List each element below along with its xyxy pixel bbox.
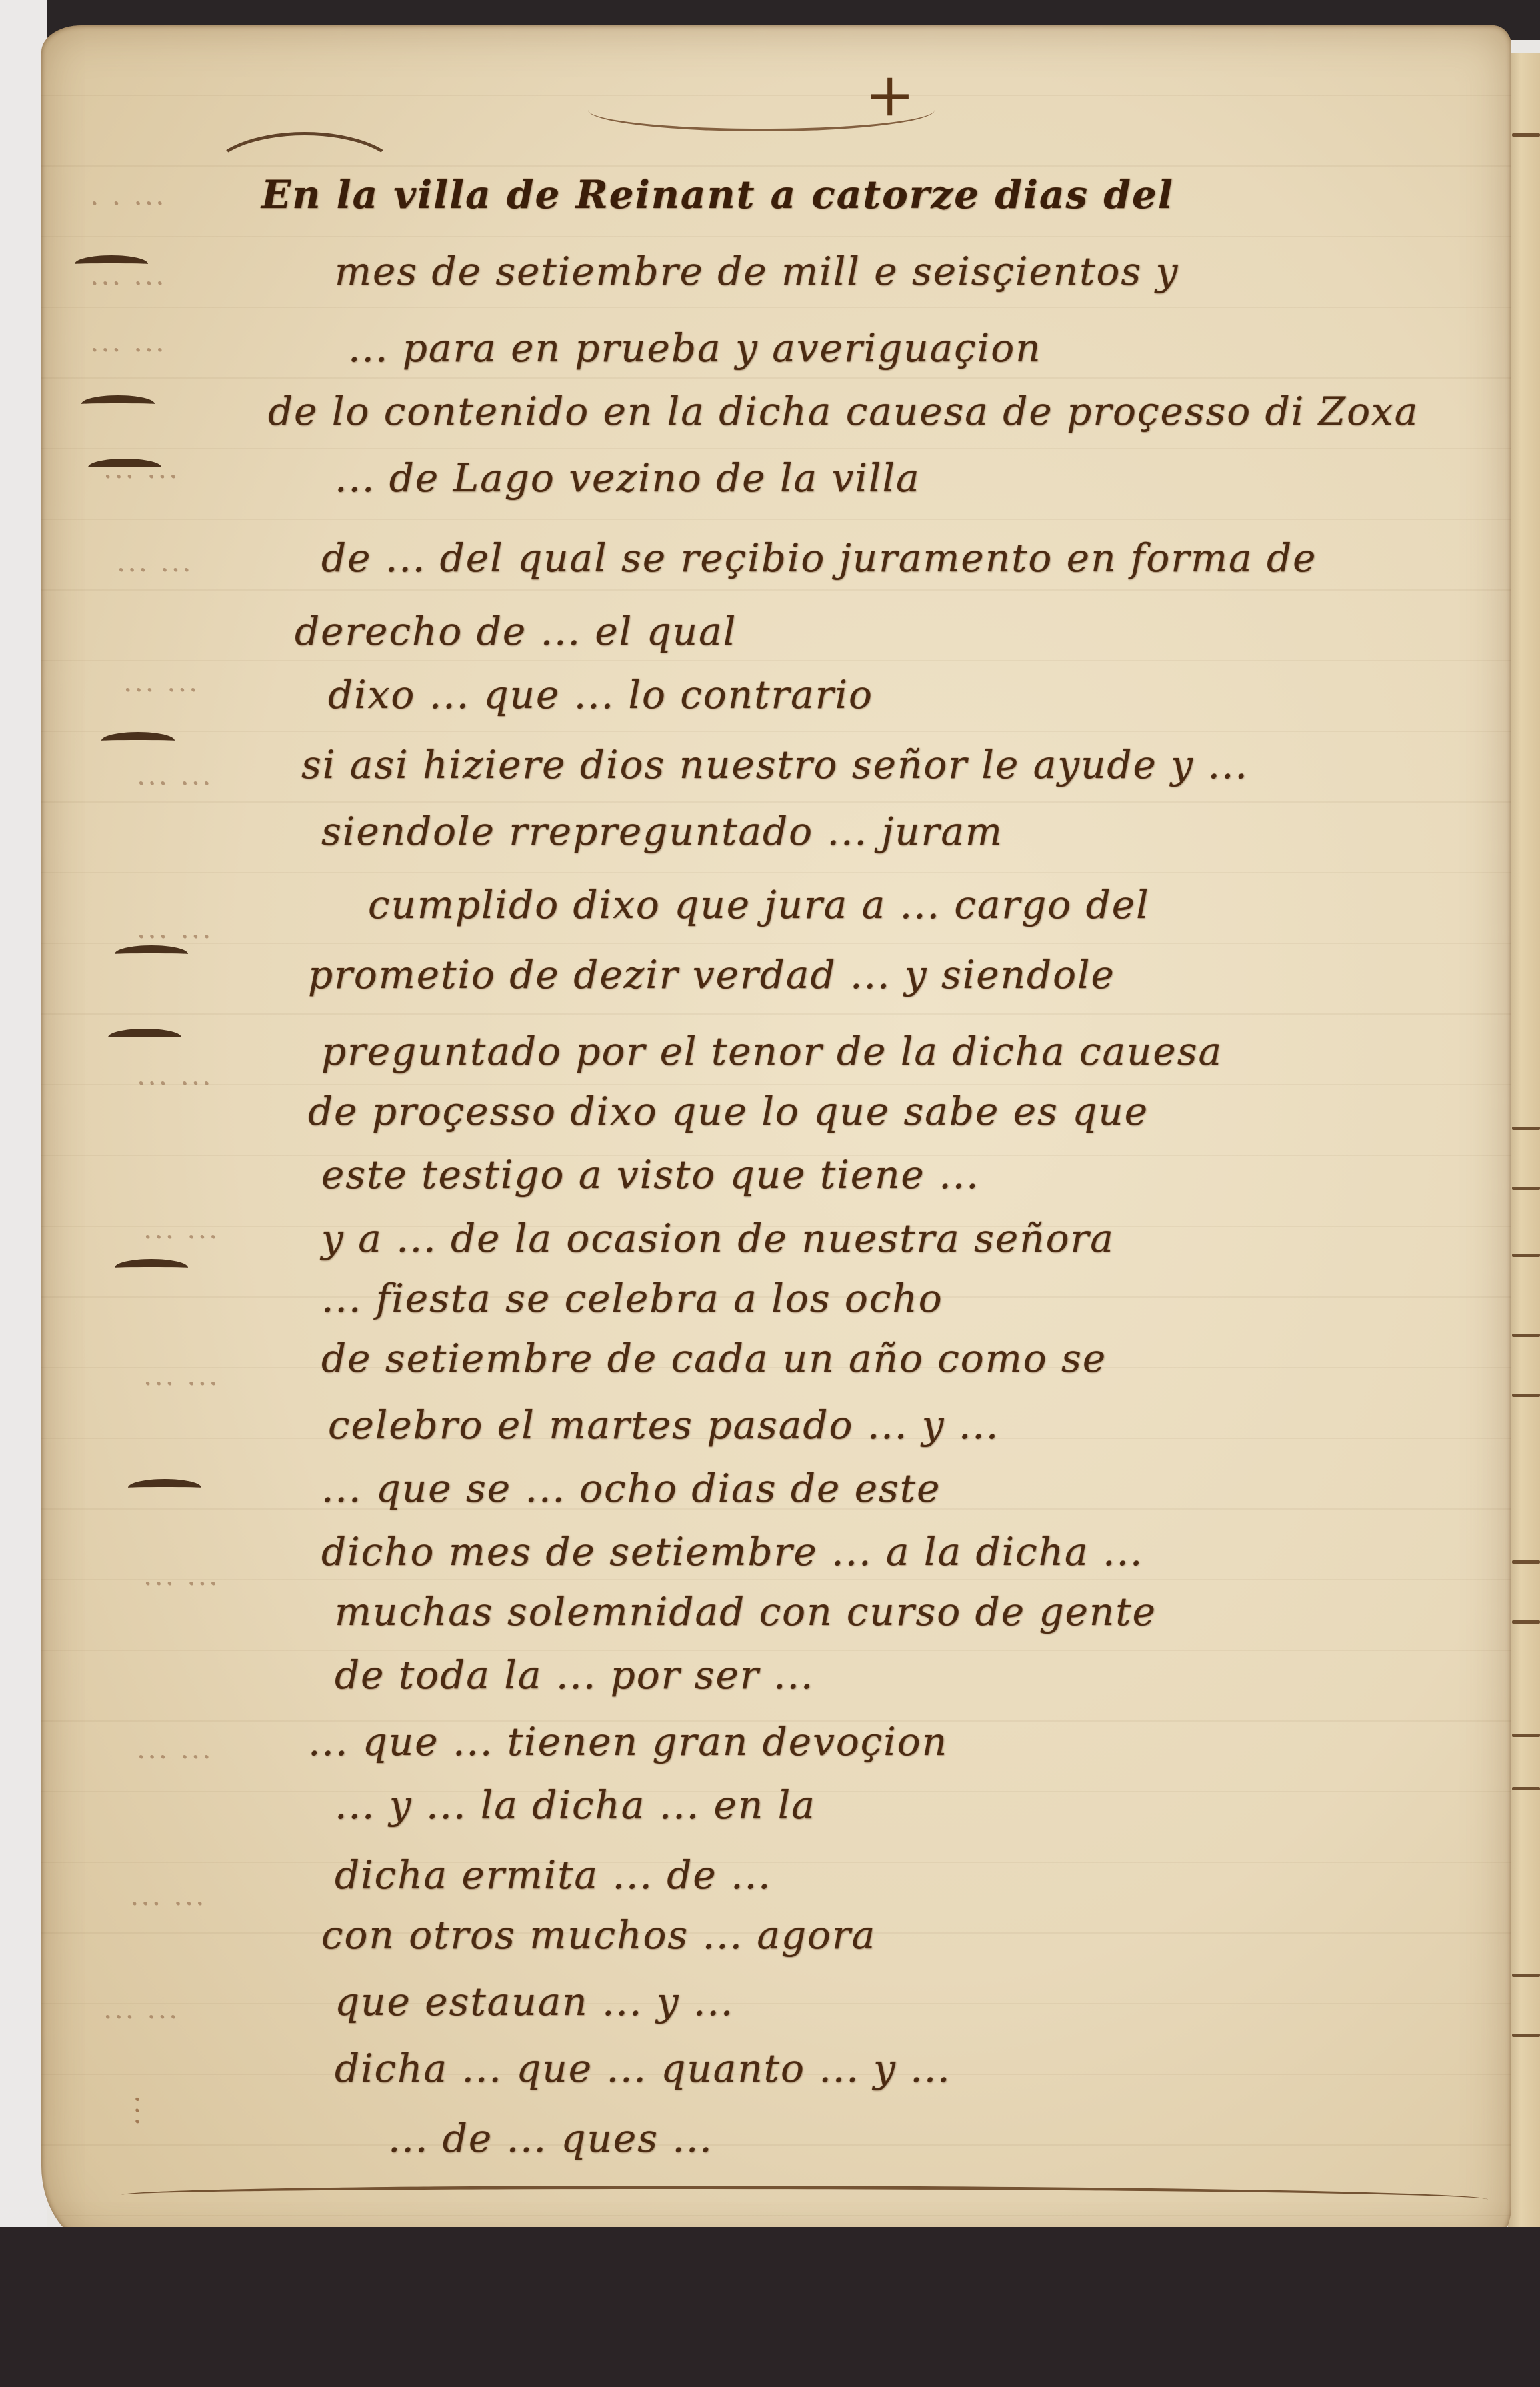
ink-stroke (1512, 1620, 1540, 1624)
ink-stroke (1512, 1560, 1540, 1564)
text-line: dicha ... que ... quanto ... y ... (335, 2049, 951, 2088)
text-line: siendole rrepreguntado ... juram (321, 812, 1003, 851)
text-line: de ... del qual se reçibio juramento en … (321, 539, 1317, 577)
text-line: de proçesso dixo que lo que sabe es que (308, 1092, 1149, 1131)
ink-stroke (1512, 1254, 1540, 1257)
text-line: con otros muchos ... agora (321, 1916, 876, 1954)
text-line: de setiembre de cada un año como se (321, 1339, 1107, 1378)
text-line: este testigo a visto que tiene ... (321, 1155, 980, 1194)
manuscript-text-body: En la villa de Reinant a catorze dias de… (41, 25, 1511, 2246)
text-line: preguntado por el tenor de la dicha caue… (321, 1032, 1223, 1071)
text-line: En la villa de Reinant a catorze dias de… (261, 175, 1174, 214)
text-line: si asi hiziere dios nuestro señor le ayu… (301, 745, 1249, 784)
adjacent-page-edge (1508, 53, 1540, 2287)
text-line: de lo contenido en la dicha cauesa de pr… (268, 392, 1419, 431)
ink-stroke (1512, 1334, 1540, 1337)
text-line: y a ... de la ocasion de nuestra señora (321, 1219, 1115, 1258)
text-line: celebro el martes pasado ... y ... (328, 1406, 999, 1444)
manuscript-page: + ... . . ... ... ... ... ... ... ... ..… (41, 25, 1511, 2246)
text-line: derecho de ... el qual (295, 612, 737, 651)
ink-stroke (1512, 1974, 1540, 1977)
ink-stroke (1512, 1394, 1540, 1397)
text-line: cumplido dixo que jura a ... cargo del (368, 885, 1150, 924)
ink-stroke (1512, 1734, 1540, 1737)
text-line: de toda la ... por ser ... (335, 1656, 814, 1694)
ink-stroke (1512, 133, 1540, 137)
text-line: ... de Lago vezino de la villa (335, 459, 921, 497)
text-line: ... que ... tienen gran devoçion (308, 1722, 948, 1761)
text-line: dicha ermita ... de ... (335, 1856, 771, 1894)
text-line: que estauan ... y ... (335, 1982, 734, 2021)
text-line: ... que se ... ocho dias de este (321, 1469, 941, 1508)
text-line: ... de ... ques ... (388, 2119, 713, 2158)
text-line: muchas solemnidad con curso de gente (335, 1592, 1157, 1631)
text-line: ... para en prueba y averiguaçion (348, 329, 1042, 367)
dark-background-bottom (0, 2227, 1540, 2387)
text-line: ... y ... la dicha ... en la (335, 1786, 816, 1824)
ink-stroke (1512, 1787, 1540, 1790)
background-left-strip (0, 0, 47, 2387)
text-line: mes de setiembre de mill e seisçientos y (335, 252, 1179, 291)
text-line: dixo ... que ... lo contrario (328, 675, 873, 714)
text-line: prometio de dezir verdad ... y siendole (308, 955, 1115, 994)
ink-stroke (1512, 1127, 1540, 1130)
ink-stroke (1512, 2034, 1540, 2037)
text-line: ... fiesta se celebra a los ocho (321, 1279, 943, 1318)
text-line: dicho mes de setiembre ... a la dicha ..… (321, 1532, 1143, 1571)
ink-stroke (1512, 1187, 1540, 1190)
